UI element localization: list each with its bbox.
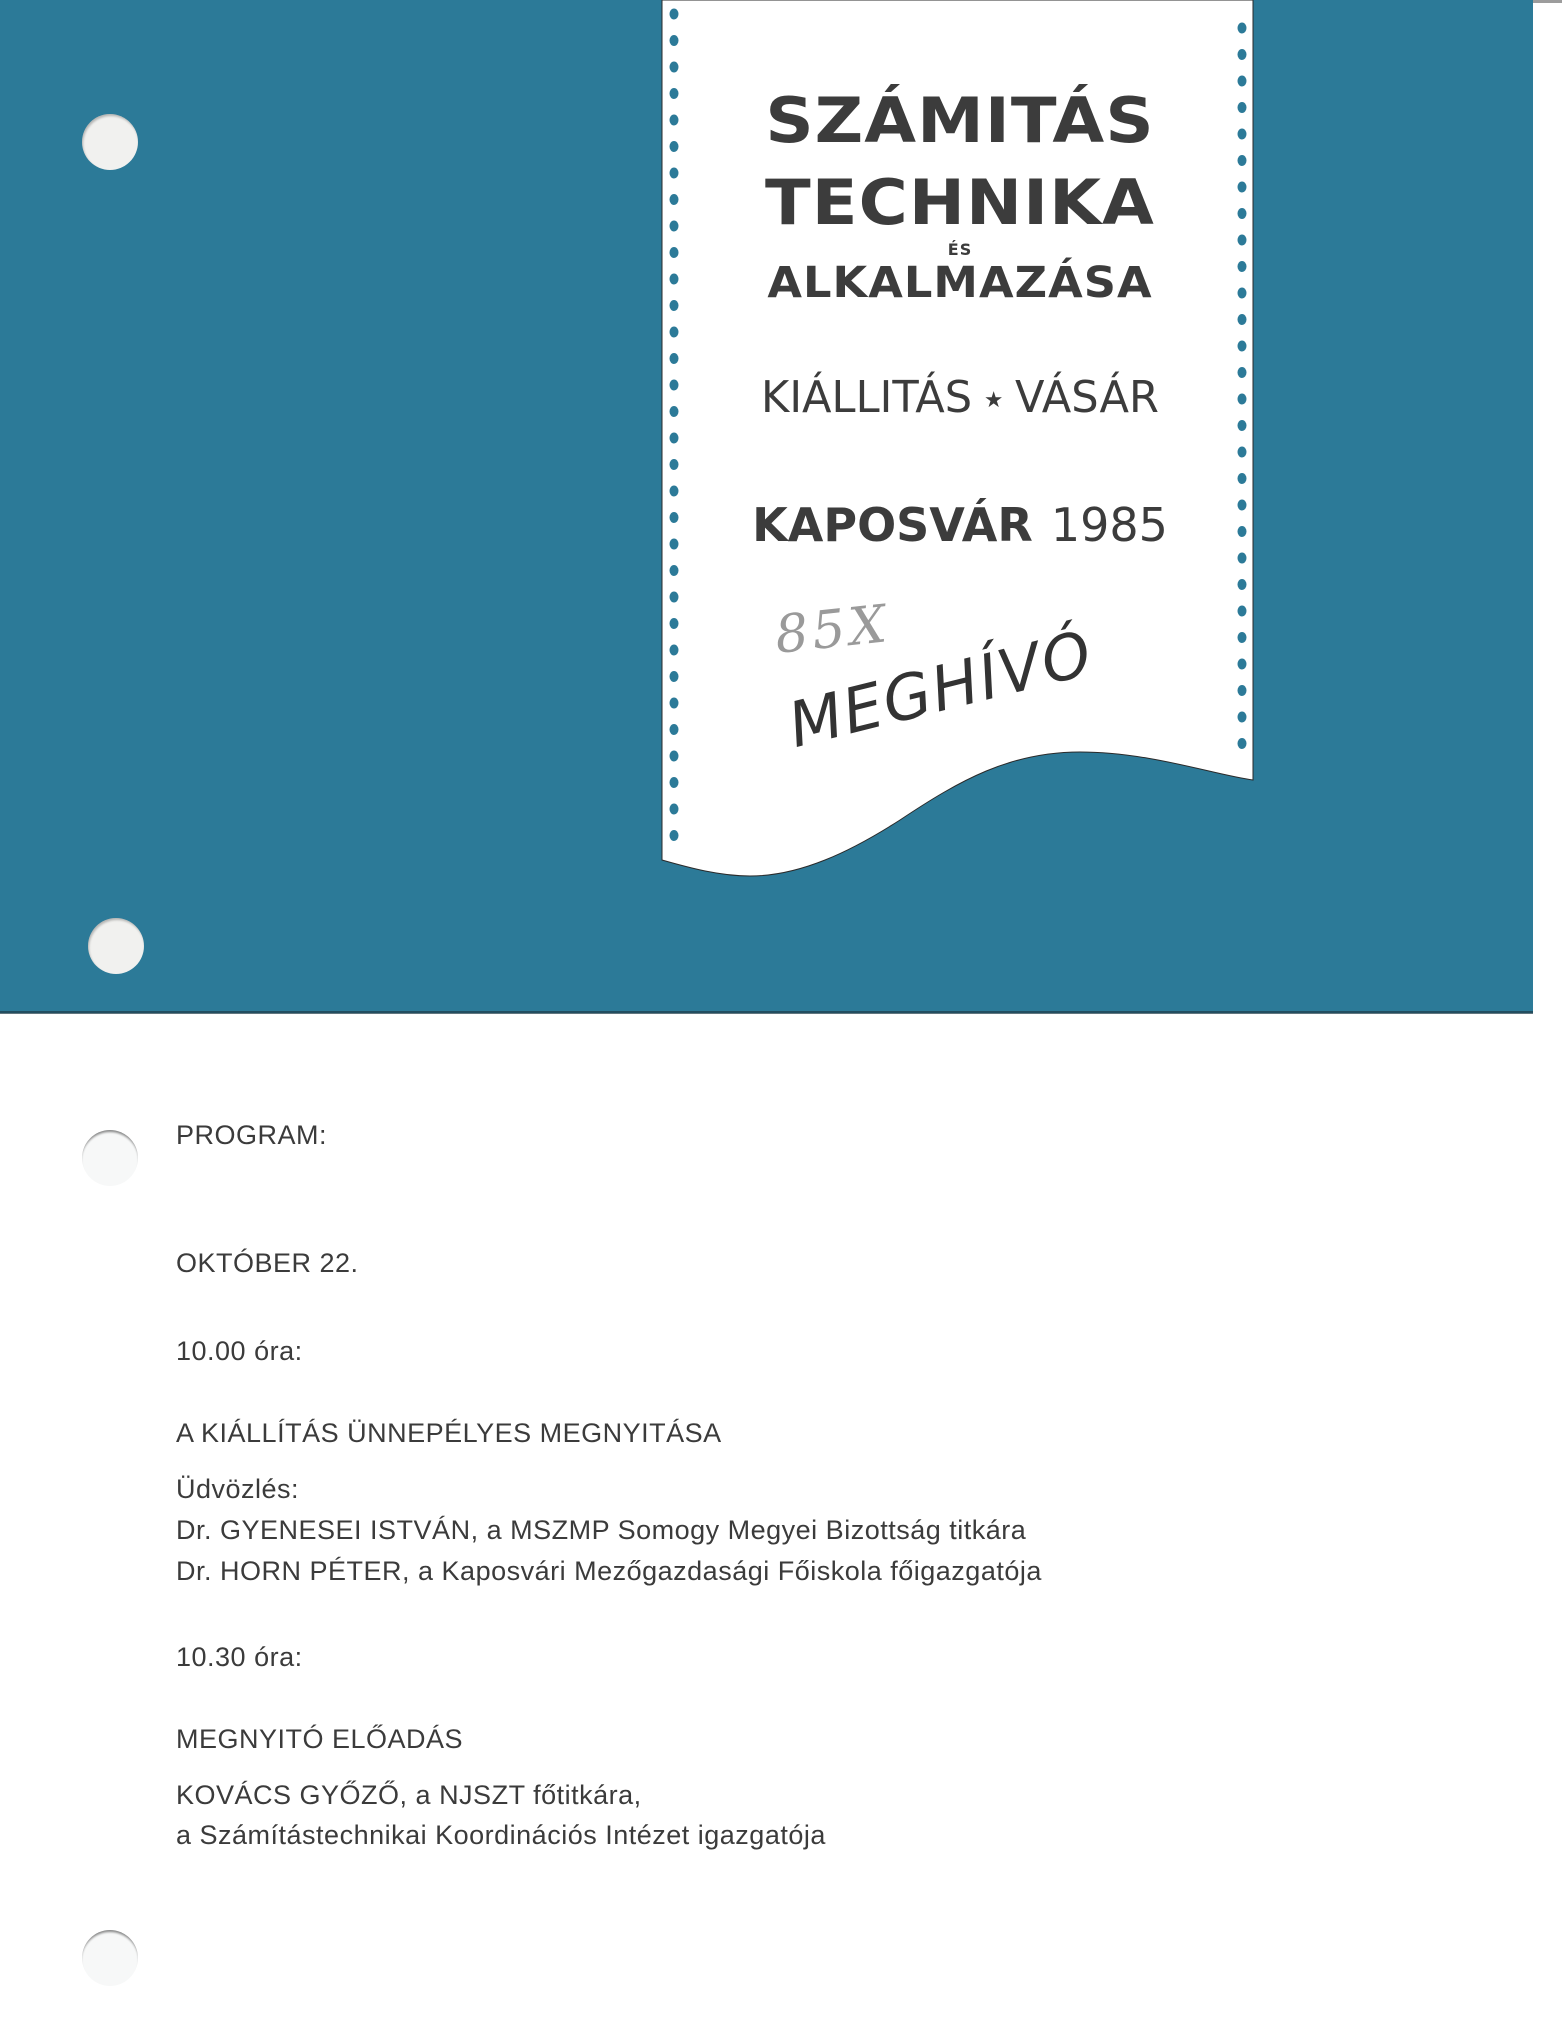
program-date: OKTÓBER 22. bbox=[176, 1248, 359, 1279]
subtitle-fair: VÁSÁR bbox=[1015, 372, 1159, 423]
session-speaker: KOVÁCS GYŐZŐ, a NJSZT főtitkára, bbox=[176, 1780, 642, 1811]
cover-title-line-1: SZÁMITÁS bbox=[668, 84, 1251, 157]
subtitle-exhibition: KIÁLLITÁS bbox=[761, 372, 972, 423]
handwritten-note: 85X bbox=[772, 594, 893, 666]
cover-title-conjunction: ÉS bbox=[690, 240, 1230, 259]
session-speaker: Dr. GYENESEI ISTVÁN, a MSZMP Somogy Megy… bbox=[176, 1515, 1026, 1546]
cover-location-year: KAPOSVÁR1985 bbox=[690, 498, 1230, 552]
session-speaker: Dr. HORN PÉTER, a Kaposvári Mezőgazdaság… bbox=[176, 1556, 1042, 1587]
cover-bottom-edge bbox=[0, 1011, 1533, 1014]
punch-hole-icon bbox=[88, 918, 144, 974]
cover-title-line-2: TECHNIKA bbox=[668, 166, 1251, 239]
star-icon: ★ bbox=[984, 388, 1003, 413]
punch-hole-icon bbox=[82, 1930, 138, 1986]
session-title: MEGNYITÓ ELŐADÁS bbox=[176, 1724, 463, 1755]
punch-hole-icon bbox=[82, 114, 138, 170]
cover-subtitle: KIÁLLITÁS★VÁSÁR bbox=[695, 372, 1224, 423]
cover-city: KAPOSVÁR bbox=[752, 498, 1033, 552]
session-title: A KIÁLLÍTÁS ÜNNEPÉLYES MEGNYITÁSA bbox=[176, 1418, 722, 1449]
session-time: 10.00 óra: bbox=[176, 1336, 303, 1367]
cover-year: 1985 bbox=[1051, 498, 1168, 552]
session-intro: Üdvözlés: bbox=[176, 1474, 299, 1505]
session-time: 10.30 óra: bbox=[176, 1642, 303, 1673]
punch-hole-icon bbox=[82, 1130, 138, 1186]
session-speaker: a Számítástechnikai Koordinációs Intézet… bbox=[176, 1820, 826, 1851]
program-heading: PROGRAM: bbox=[176, 1120, 327, 1151]
cover-title-line-3: ALKALMAZÁSA bbox=[679, 258, 1241, 308]
